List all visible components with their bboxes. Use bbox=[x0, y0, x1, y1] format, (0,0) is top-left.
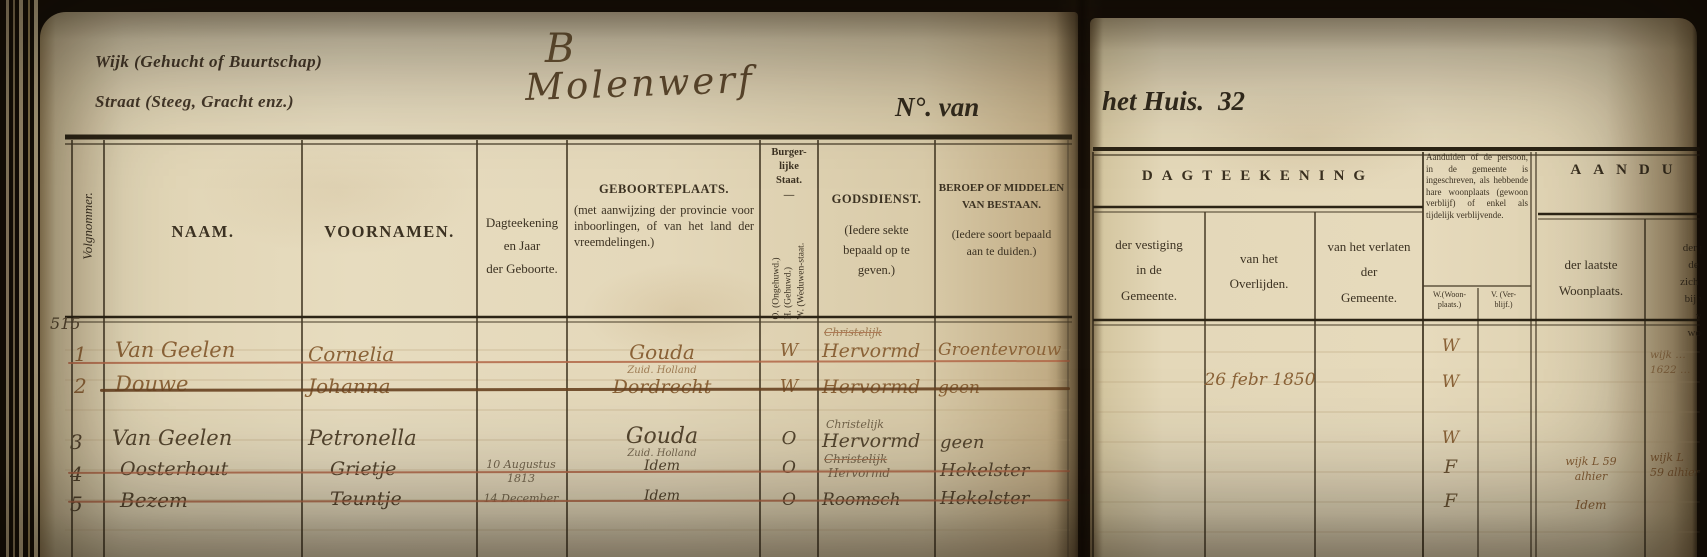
row1-beroep: Groentevrouw bbox=[938, 340, 1061, 360]
column-header-woonplaats-code: W.(Woon- plaats.) bbox=[1423, 290, 1476, 310]
row2-volgnommer: 2 bbox=[74, 374, 87, 398]
row4-staat: O bbox=[760, 458, 818, 478]
row2-godsdienst: Hervormd bbox=[822, 376, 920, 398]
column-header-aanduiding-title: AANDU bbox=[1545, 162, 1707, 179]
staat-code-h: H. (Gehuwd.) bbox=[783, 200, 795, 320]
row4-geboorte-datum: 10 Augustus 1813 bbox=[477, 458, 565, 487]
column-header-verlaten: van het verlaten der Gemeente. bbox=[1316, 234, 1422, 310]
staat-code-w: W. (Weduwen-staat. bbox=[795, 200, 807, 320]
column-header-godsdienst-note: (Iedere sekte bepaald op te geven.) bbox=[820, 220, 933, 280]
row5-woonplaats-mark: F bbox=[1423, 490, 1478, 512]
row2-woonplaats-mark: W bbox=[1423, 372, 1478, 392]
column-header-naam: NAAM. bbox=[104, 222, 302, 242]
column-header-burgerlijke-staat-title: Burger- lijke Staat. — bbox=[760, 146, 818, 203]
row3-volgnommer: 3 bbox=[70, 430, 83, 454]
row1-godsdienst-note: Christelijk bbox=[824, 326, 882, 339]
row1-volgnommer: 1 bbox=[74, 342, 87, 366]
row5-laatste-woonplaats: Idem bbox=[1538, 498, 1644, 512]
column-header-volgnommer: Volgnommer. bbox=[80, 141, 96, 311]
row2-naam: Douwe bbox=[115, 372, 188, 396]
row2-staat: W bbox=[760, 376, 818, 397]
row5-geboorteplaats: Idem bbox=[567, 488, 757, 504]
house-number-label-left: N°. van bbox=[895, 92, 979, 123]
row4-laatste-woonplaats: wijk L 59 alhier bbox=[1538, 454, 1644, 485]
row2-beroep: geen bbox=[938, 378, 980, 398]
row4-volgnommer: 4 bbox=[70, 462, 83, 486]
column-header-vestiging: der vestiging in de Gemeente. bbox=[1095, 232, 1203, 308]
row3-staat: O bbox=[760, 428, 818, 449]
column-header-laatste-woonplaats: der laatste Woonplaats. bbox=[1538, 252, 1644, 304]
series-number: 515 bbox=[50, 314, 81, 333]
column-header-voornamen: VOORNAMEN. bbox=[302, 222, 477, 242]
row2-geboorteplaats-note: Zuid. Holland bbox=[567, 365, 757, 376]
row2-geboorteplaats: Dordrecht bbox=[567, 376, 757, 398]
row5-volgnommer: 5 bbox=[70, 492, 83, 516]
right-edge-shadow bbox=[1692, 0, 1707, 557]
column-header-verblijf-code: V. (Ver- blijf.) bbox=[1478, 290, 1529, 310]
column-header-geboortedatum: Dagteekening en Jaar der Geboorte. bbox=[477, 212, 567, 280]
row5-geboorte-datum: 14 December bbox=[477, 492, 565, 505]
column-header-geboorteplaats-title: GEBOORTEPLAATS. bbox=[572, 182, 756, 197]
row5-beroep: Hekelster bbox=[940, 488, 1029, 509]
row1-woonplaats-mark: W bbox=[1423, 336, 1478, 356]
column-header-overlijden: van het Overlijden. bbox=[1205, 246, 1313, 297]
column-header-geboorteplaats-note: (met aanwijzing der provincie voor inboo… bbox=[574, 202, 754, 251]
column-header-beroep-note: (Iedere soort bepaald aan te duiden.) bbox=[937, 226, 1066, 260]
register-scan: Wijk (Gehucht of Buurtschap) B Straat (S… bbox=[0, 0, 1707, 557]
house-number-value: 32 bbox=[1218, 86, 1245, 117]
column-header-godsdienst-title: GODSDIENST. bbox=[820, 192, 933, 207]
straat-label: Straat (Steeg, Gracht enz.) bbox=[95, 92, 294, 112]
column-header-dagteekening-title: DAGTEEKENING bbox=[1093, 168, 1423, 185]
row3-naam: Van Geelen bbox=[112, 426, 232, 450]
row5-voornamen: Teuntje bbox=[330, 488, 402, 510]
house-number-label-right: het Huis. bbox=[1102, 86, 1204, 117]
row1-naam: Van Geelen bbox=[115, 338, 235, 362]
row5-naam: Bezem bbox=[120, 488, 188, 512]
column-header-aanduiden-note: Aanduiden of de persoon, in de gemeente … bbox=[1426, 152, 1528, 221]
row1-geboorteplaats: Gouda bbox=[567, 340, 757, 364]
row4-beroep: Hekelster bbox=[940, 460, 1029, 481]
row1-voornamen: Cornelia bbox=[308, 342, 394, 366]
row4-voornamen: Grietje bbox=[330, 458, 396, 480]
row2-voornamen: Johanna bbox=[308, 374, 391, 398]
row4-woonplaats-mark: F bbox=[1423, 456, 1478, 478]
column-header-beroep-title: BEROEP OF MIDDELEN VAN BESTAAN. bbox=[937, 180, 1066, 213]
book-gutter-shadow bbox=[1056, 0, 1104, 557]
wijk-label: Wijk (Gehucht of Buurtschap) bbox=[95, 52, 322, 72]
row3-woonplaats-mark: W bbox=[1423, 428, 1478, 448]
row1-godsdienst: Hervormd bbox=[822, 340, 920, 362]
row2-overlijden-date: 26 febr 1850 bbox=[1200, 370, 1320, 390]
row5-godsdienst: Roomsch bbox=[822, 490, 901, 510]
row3-voornamen: Petronella bbox=[308, 426, 417, 450]
row4-godsdienst: Hervormd bbox=[828, 466, 890, 480]
column-header-burgerlijke-staat-codes: O. (Ongehuwd.) H. (Gehuwd.) W. (Weduwen-… bbox=[770, 200, 807, 320]
staat-code-o: O. (Ongehuwd.) bbox=[770, 200, 782, 320]
row3-beroep: geen bbox=[940, 432, 984, 453]
row4-naam: Oosterhout bbox=[120, 458, 228, 480]
row5-staat: O bbox=[760, 490, 818, 510]
row1-staat: W bbox=[760, 340, 818, 361]
row3-geboorteplaats: Gouda bbox=[567, 424, 757, 449]
straat-value-handwritten: Molenwerf bbox=[524, 58, 755, 109]
row4-geboorteplaats: Idem bbox=[567, 458, 757, 474]
house-number-group: het Huis. 32 bbox=[1102, 86, 1245, 117]
row4-godsdienst-note: Christelijk bbox=[824, 452, 887, 466]
row3-godsdienst: Hervormd bbox=[822, 430, 920, 452]
